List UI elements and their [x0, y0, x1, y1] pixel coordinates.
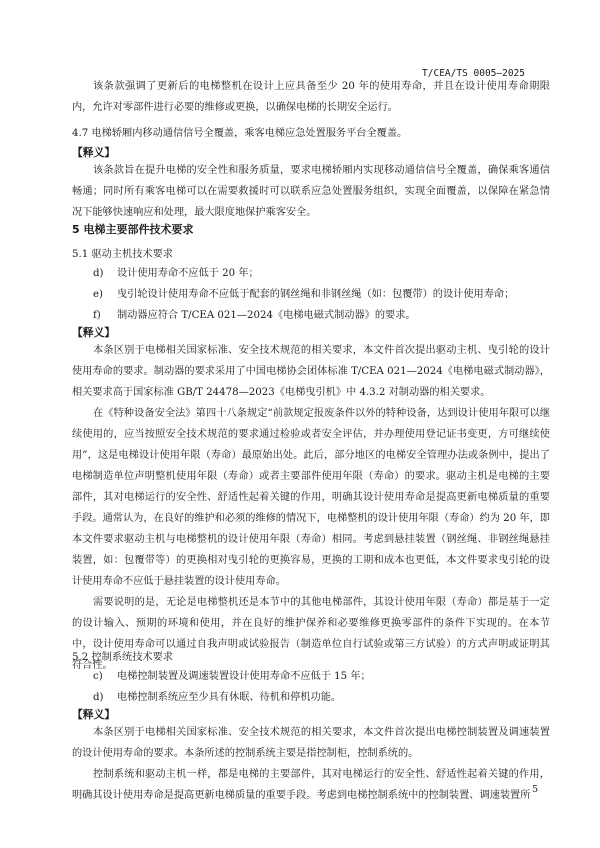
shiyi-label-5-1: 【释义】	[72, 325, 115, 340]
section-5-2-explanation: 本条区别于电梯相关国家标准、安全技术规范的相关要求，本文件首次提出电梯控制装置及…	[72, 722, 550, 806]
list-item: f)制动器应符合 T/CEA 021—2024《电梯电磁式制动器》的要求。	[93, 306, 416, 321]
clause-4-7-explanation: 该条款旨在提升电梯的安全性和服务质量，要求电梯轿厢内实现移动通信信号全覆盖，确保…	[72, 160, 550, 223]
document-page: T/CEA/TS 0005—2025 该条款强调了更新后的电梯整机在设计上应具备…	[0, 0, 600, 848]
section-5-1-explanation: 本条区别于电梯相关国家标准、安全技术规范的相关要求，本文件首次提出驱动主机、曳引…	[72, 340, 550, 676]
list-item: d)设计使用寿命不应低于 20 年；	[93, 264, 259, 279]
list-item: c)电梯控制装置及调速装置设计使用寿命不应低于 15 年；	[93, 667, 371, 682]
section-5-1-title: 5.1 驱动主机技术要求	[72, 245, 173, 260]
section-5-title: 5 电梯主要部件技术要求	[72, 221, 193, 237]
shiyi-label-4-7: 【释义】	[72, 145, 115, 160]
clause-4-7: 4.7 电梯轿厢内移动通信信号全覆盖，乘客电梯应急处置服务平台全覆盖。	[72, 124, 407, 139]
intro-paragraph: 该条款强调了更新后的电梯整机在设计上应具备至少 20 年的使用寿命，并且在设计使…	[72, 76, 550, 118]
section-5-2-title: 5.2 控制系统技术要求	[72, 648, 173, 663]
page-number: 5	[532, 784, 538, 795]
shiyi-label-5-2: 【释义】	[72, 707, 115, 722]
list-item: d)电梯控制系统应至少具有休眠、待机和停机功能。	[93, 688, 341, 703]
list-item: e)曳引轮设计使用寿命不应低于配套的钢丝绳和非钢丝绳（如：包覆带）的设计使用寿命…	[93, 285, 514, 300]
